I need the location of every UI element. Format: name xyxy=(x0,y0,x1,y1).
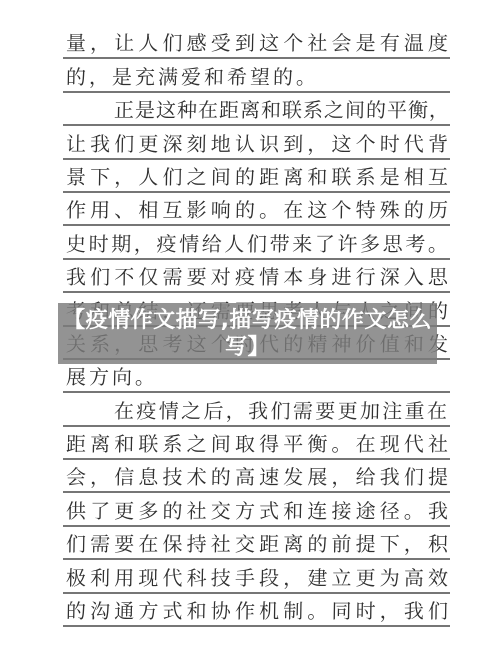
essay-line-text: 的沟通方式和协作机制。同时，我们 xyxy=(63,598,450,625)
essay-line: 极利用现代科技手段，建立更为高效 xyxy=(63,560,450,593)
essay-line-text: 量，让人们感受到这个社会是有温度 xyxy=(63,30,450,57)
essay-line-text: 史时期，疫情给人们带来了许多思考。 xyxy=(63,231,450,258)
essay-line-text: 让我们更深刻地认识到，这个时代背 xyxy=(63,131,450,158)
essay-line-text: 会，信息技术的高速发展，给我们提 xyxy=(63,464,450,491)
essay-line-text: 景下，人们之间的距离和联系是相互 xyxy=(63,164,450,191)
essay-line-text: 在疫情之后，我们需要更加注重在 xyxy=(63,398,450,425)
essay-line: 让我们更深刻地认识到，这个时代背 xyxy=(63,126,450,159)
essay-line-text: 供了更多的社交方式和连接途径。我 xyxy=(63,498,450,525)
essay-line: 的，是充满爱和希望的。 xyxy=(63,59,450,92)
caption-overlay: 【疫情作文描写,描写疫情的作文怎么 写】 xyxy=(58,303,437,364)
essay-photo-page: 量，让人们感受到这个社会是有温度 的，是充满爱和希望的。 正是这种在距离和联系之… xyxy=(0,0,500,666)
essay-line: 展方向。 xyxy=(63,360,450,393)
essay-line: 的沟通方式和协作机制。同时，我们 xyxy=(63,594,450,627)
essay-line-text: 正是这种在距离和联系之间的平衡， xyxy=(63,97,452,124)
essay-line-text: 极利用现代科技手段，建立更为高效 xyxy=(63,565,450,592)
caption-line-2: 写】 xyxy=(225,334,270,361)
essay-line-text: 们需要在保持社交距离的前提下，积 xyxy=(63,531,450,558)
essay-line-text: 距离和联系之间取得平衡。在现代社 xyxy=(63,431,450,458)
essay-line: 我们不仅需要对疫情本身进行深入思 xyxy=(63,260,450,293)
caption-line-1: 【疫情作文描写,描写疫情的作文怎么 xyxy=(63,307,432,334)
essay-line: 史时期，疫情给人们带来了许多思考。 xyxy=(63,226,450,259)
essay-line-text: 我们不仅需要对疫情本身进行深入思 xyxy=(63,264,450,291)
essay-line: 量，让人们感受到这个社会是有温度 xyxy=(63,26,450,59)
essay-line-text: 的，是充满爱和希望的。 xyxy=(63,64,450,91)
essay-line: 正是这种在距离和联系之间的平衡， xyxy=(63,93,450,126)
essay-line-text: 展方向。 xyxy=(63,364,450,391)
essay-line: 会，信息技术的高速发展，给我们提 xyxy=(63,460,450,493)
essay-line: 在疫情之后，我们需要更加注重在 xyxy=(63,393,450,426)
essay-line: 们需要在保持社交距离的前提下，积 xyxy=(63,527,450,560)
essay-line: 距离和联系之间取得平衡。在现代社 xyxy=(63,427,450,460)
essay-line: 景下，人们之间的距离和联系是相互 xyxy=(63,160,450,193)
essay-line: 供了更多的社交方式和连接途径。我 xyxy=(63,493,450,526)
essay-line-text: 作用、相互影响的。在这个特殊的历 xyxy=(63,197,450,224)
essay-line: 作用、相互影响的。在这个特殊的历 xyxy=(63,193,450,226)
